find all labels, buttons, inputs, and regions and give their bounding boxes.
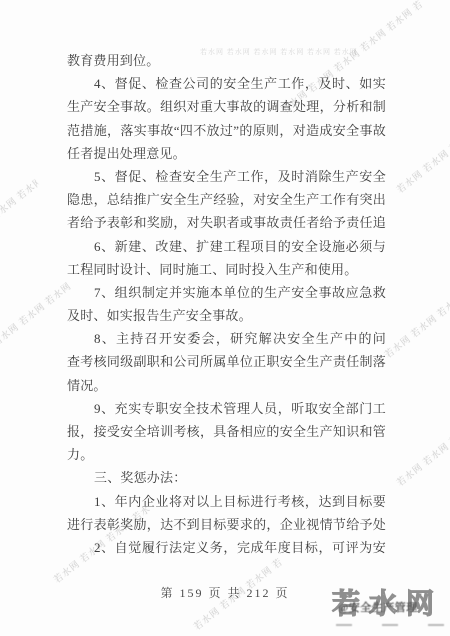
text-line: 查考核同级副职和公司所属单位正职安全生产责任制落实 <box>67 350 386 373</box>
text-line: 生产安全事故。组织对重大事故的调查处理，分析和制定防 <box>67 95 386 118</box>
body-text: 教育费用到位。4、督促、检查公司的安全生产工作，及时、如实报告生产安全事故。组织… <box>67 49 386 559</box>
text-line: 9、充实专职安全技术管理人员，听取安全部门工作汇 <box>67 397 386 420</box>
text-line: 1、年内企业将对以上目标进行考核，达到目标要求的， <box>67 490 386 513</box>
text-line: 任者提出处理意见。 <box>67 142 386 165</box>
text-line: 及时、如实报告生产安全事故。 <box>67 304 386 327</box>
text-line: 范措施，落实事故“四不放过”的原则，对造成安全事故责 <box>67 119 386 142</box>
text-line: 进行表彰奖励，达不到目标要求的，企业视情节给予处罚。 <box>67 513 386 536</box>
text-line: 报，接受安全培训考核，具备相应的安全生产知识和管理能 <box>67 420 386 443</box>
ruoshui-logo: 若水网 @安全生产管理 <box>332 582 447 632</box>
diagonal-watermark: 若水网 若水网 若水网 若水网 若水网 若水网 <box>382 299 450 361</box>
diagonal-watermark: 若水网 若水网 若水网 若水网 若水网 若水网 <box>394 143 450 196</box>
logo-overlay-text: @安全生产管理 <box>338 599 418 615</box>
text-line: 三、奖惩办法： <box>67 466 386 489</box>
document-page: 若水网 若水网 若水网 若水网 若水网 若水网 若水网 若水网 若水网 若水网 … <box>0 0 450 636</box>
text-line: 隐患，总结推广安全生产经验，对安全生产工作有突出贡献 <box>67 188 386 211</box>
text-line: 4、督促、检查公司的安全生产工作，及时、如实报告 <box>67 72 386 95</box>
logo-underline-marks <box>336 624 444 626</box>
text-line: 力。 <box>67 443 386 466</box>
text-line: 2、自觉履行法定义务，完成年度目标，可评为安全生 <box>67 536 386 559</box>
text-line: 5、督促、检查安全生产工作，及时消除生产安全事故 <box>67 165 386 188</box>
text-line: 者给予表彰和奖励，对失职者或事故责任者给予责任追究。 <box>67 211 386 234</box>
diagonal-watermark: 若水网 若水网 若水网 若水网 若水网 若水网 <box>394 436 450 489</box>
text-line: 情况。 <box>67 374 386 397</box>
diagonal-watermark: 若水网 若水网 若水网 若水网 若水网 若水网 <box>0 178 41 223</box>
text-line: 6、新建、改建、扩建工程项目的安全设施必须与主体 <box>67 235 386 258</box>
text-line: 教育费用到位。 <box>67 49 386 72</box>
diagonal-watermark: 若水网 若水网 若水网 若水网 若水网 若水网 <box>0 278 76 349</box>
text-line: 8、主持召开安委会，研究解决安全生产中的问题，检 <box>67 327 386 350</box>
text-line: 工程同时设计、同时施工、同时投入生产和使用。 <box>67 258 386 281</box>
text-line: 7、组织制定并实施本单位的生产安全事故应急救援预案； <box>67 281 386 304</box>
